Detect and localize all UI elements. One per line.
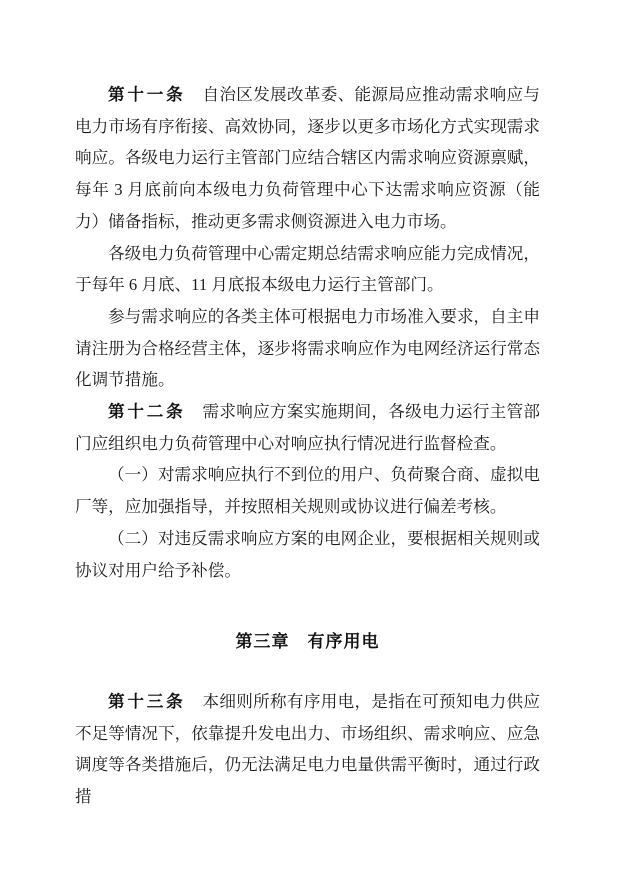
article-12-paragraph: 第十二条 需求响应方案实施期间，各级电力运行主管部门应组织电力负荷管理中心对响应…	[75, 396, 540, 459]
list-item-1-paragraph: （一）对需求响应执行不到位的用户、负荷聚合商、虚拟电厂等，应加强指导，并按照相关…	[75, 459, 540, 522]
article-13-number: 第十三条	[108, 692, 186, 711]
document-body: 第十一条 自治区发展改革委、能源局应推动需求响应与电力市场有序衔接、高效协同，逐…	[75, 79, 540, 813]
chapter-3-heading: 第三章 有序用电	[75, 626, 540, 658]
paragraph-load-center-report: 各级电力负荷管理中心需定期总结需求响应能力完成情况，于每年 6 月底、11 月底…	[75, 238, 540, 301]
document-page: 第十一条 自治区发展改革委、能源局应推动需求响应与电力市场有序衔接、高效协同，逐…	[0, 0, 620, 876]
article-13-paragraph: 第十三条 本细则所称有序用电，是指在可预知电力供应不足等情况下，依靠提升发电出力…	[75, 686, 540, 813]
article-11-paragraph: 第十一条 自治区发展改革委、能源局应推动需求响应与电力市场有序衔接、高效协同，逐…	[75, 79, 540, 238]
article-12-number: 第十二条	[108, 402, 186, 421]
list-item-2-paragraph: （二）对违反需求响应方案的电网企业，要根据相关规则或协议对用户给予补偿。	[75, 523, 540, 586]
paragraph-market-registration: 参与需求响应的各类主体可根据电力市场准入要求，自主申请注册为合格经营主体，逐步将…	[75, 301, 540, 396]
article-11-number: 第十一条	[108, 85, 186, 104]
article-11-text: 自治区发展改革委、能源局应推动需求响应与电力市场有序衔接、高效协同，逐步以更多市…	[75, 85, 540, 231]
